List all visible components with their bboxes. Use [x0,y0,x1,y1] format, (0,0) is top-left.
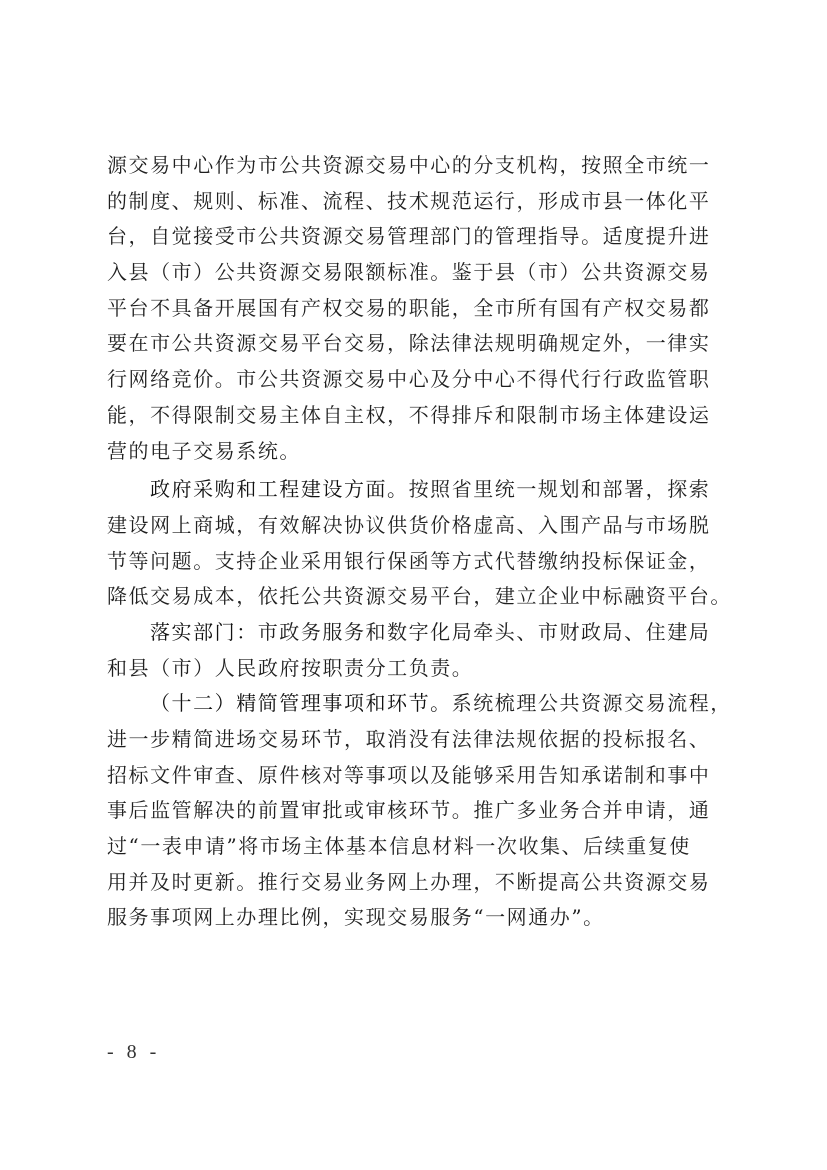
text-line: 台，自觉接受市公共资源交易管理部门的管理指导。适度提升进 [107,219,715,255]
paragraph-lead: 落实部门： [150,620,258,644]
text-run: 市政务服务和数字化局牵头、市财政局、住建局 [258,620,711,644]
text-line: 政府采购和工程建设方面。按照省里统一规划和部署，探索 [107,472,715,508]
text-line: 进一步精简进场交易环节，取消没有法律法规依据的投标报名、 [107,722,715,758]
text-run: 按照省里统一规划和部署，探索 [409,477,711,501]
text-line: 和县（市）人民政府按职责分工负责。 [107,651,715,687]
text-line: 服务事项网上办理比例，实现交易服务“一网通办”。 [107,900,715,936]
paragraph-section-12: （十二）精简管理事项和环节。系统梳理公共资源交易流程， 进一步精简进场交易环节，… [107,686,715,936]
text-line: 营的电子交易系统。 [107,434,715,470]
paragraph-lead: 政府采购和工程建设方面。 [150,477,409,501]
text-run: 系统梳理公共资源交易流程， [452,691,732,715]
text-line: 平台不具备开展国有产权交易的职能，全市所有国有产权交易都 [107,291,715,327]
text-line: 的制度、规则、标准、流程、技术规范运行，形成市县一体化平 [107,184,715,220]
paragraph-government-procurement: 政府采购和工程建设方面。按照省里统一规划和部署，探索 建设网上商城，有效解决协议… [107,472,715,615]
text-line: 入县（市）公共资源交易限额标准。鉴于县（市）公共资源交易 [107,255,715,291]
text-line: 行网络竞价。市公共资源交易中心及分中心不得代行行政监管职 [107,362,715,398]
text-line: （十二）精简管理事项和环节。系统梳理公共资源交易流程， [107,686,715,722]
document-page: 源交易中心作为市公共资源交易中心的分支机构，按照全市统一 的制度、规则、标准、流… [0,0,827,1170]
text-line: 节等问题。支持企业采用银行保函等方式代替缴纳投标保证金， [107,544,715,580]
text-line: 招标文件审查、原件核对等事项以及能够采用告知承诺制和事中 [107,758,715,794]
page-number: - 8 - [107,1041,160,1064]
text-line: 用并及时更新。推行交易业务网上办理，不断提高公共资源交易 [107,865,715,901]
text-line: 要在市公共资源交易平台交易，除法律法规明确规定外，一律实 [107,326,715,362]
text-line: 过“一表申请”将市场主体基本信息材料一次收集、后续重复使 [107,829,715,865]
paragraph-responsible-departments: 落实部门：市政务服务和数字化局牵头、市财政局、住建局 和县（市）人民政府按职责分… [107,615,715,686]
text-line: 落实部门：市政务服务和数字化局牵头、市财政局、住建局 [107,615,715,651]
text-line: 源交易中心作为市公共资源交易中心的分支机构，按照全市统一 [107,148,715,184]
paragraph-continuation: 源交易中心作为市公共资源交易中心的分支机构，按照全市统一 的制度、规则、标准、流… [107,148,715,469]
text-line: 能，不得限制交易主体自主权，不得排斥和限制市场主体建设运 [107,398,715,434]
text-line: 事后监管解决的前置审批或审核环节。推广多业务合并申请，通 [107,793,715,829]
text-line: 建设网上商城，有效解决协议供货价格虚高、入围产品与市场脱 [107,508,715,544]
body-text: 源交易中心作为市公共资源交易中心的分支机构，按照全市统一 的制度、规则、标准、流… [107,148,715,936]
text-line: 降低交易成本，依托公共资源交易平台，建立企业中标融资平台。 [107,579,715,615]
section-heading: （十二）精简管理事项和环节。 [150,691,452,715]
